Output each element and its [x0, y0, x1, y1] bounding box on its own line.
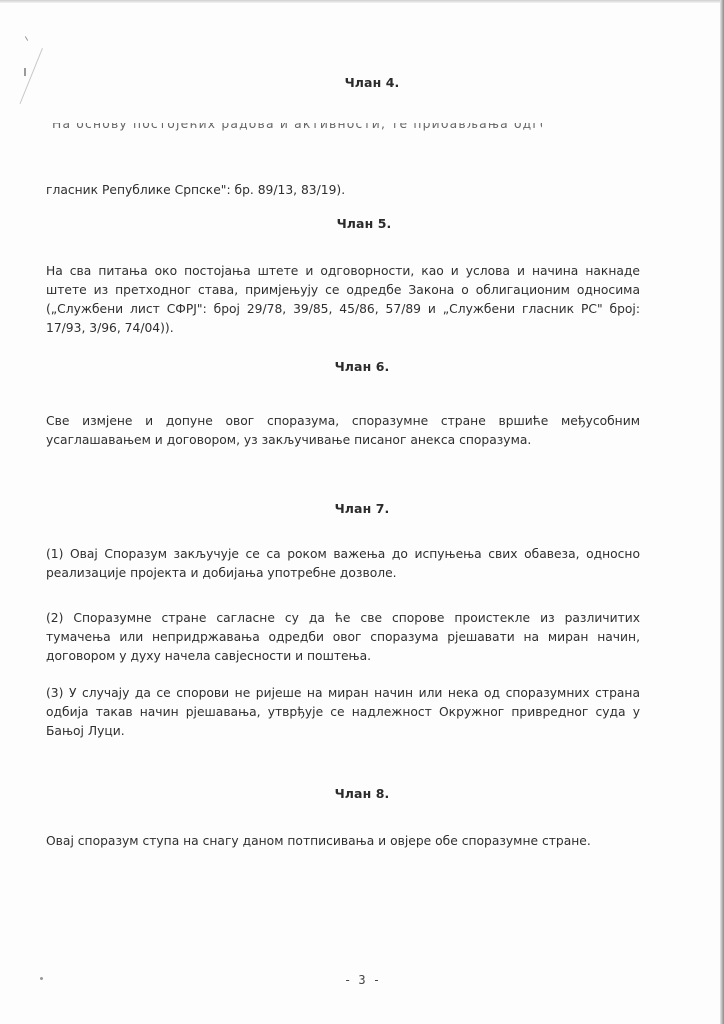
article-4-partial-line: На основу постојећих радова и активности…	[52, 123, 542, 133]
article-6-heading: Члан 6.	[0, 359, 724, 374]
document-page: Члан 4. На основу постојећих радова и ак…	[0, 0, 724, 1024]
article-4-continuation: гласник Републике Српске": бр. 89/13, 83…	[46, 181, 640, 200]
article-7-paragraph-2: (2) Споразумне стране сагласне су да ће …	[46, 609, 640, 666]
scan-artifact-mark	[25, 36, 28, 41]
article-5-heading: Члан 5.	[2, 216, 724, 231]
article-7-paragraph-1: (1) Овај Споразум закључује се са роком …	[46, 545, 640, 583]
article-7-heading: Члан 7.	[0, 501, 724, 516]
article-6-text: Све измјене и допуне овог споразума, спо…	[46, 412, 640, 450]
article-7-paragraph-3: (3) У случају да се спорови не ријеше на…	[46, 684, 640, 741]
article-5-text: На сва питања око постојања штете и одго…	[46, 262, 640, 338]
article-8-text: Овај споразум ступа на снагу даном потпи…	[46, 832, 640, 851]
article-8-heading: Члан 8.	[0, 786, 724, 801]
scan-top-edge	[0, 0, 724, 3]
page-number: - 3 -	[0, 973, 724, 987]
article-4-heading: Члан 4.	[10, 75, 724, 90]
